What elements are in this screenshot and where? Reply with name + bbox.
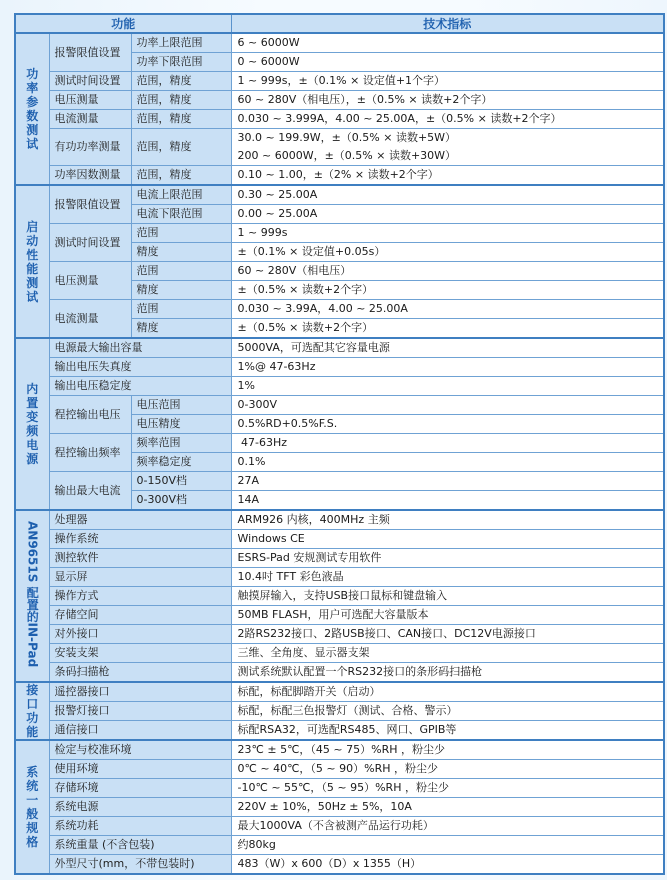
row-sublabel: 0-150V档 bbox=[131, 472, 231, 491]
row-value: 5000VA，可选配其它容量电源 bbox=[231, 338, 664, 358]
table-row: 系统重量 (不含包装) 约80kg bbox=[15, 836, 664, 855]
row-value: 60 ~ 280V（相电压） bbox=[231, 262, 664, 281]
row-sublabel: 电压精度 bbox=[131, 415, 231, 434]
row-value: 200 ~ 6000W，±（0.5% × 读数+30W） bbox=[231, 147, 664, 166]
row-sublabel: 精度 bbox=[131, 281, 231, 300]
row-label: 条码扫描枪 bbox=[49, 663, 231, 683]
row-label: 系统功耗 bbox=[49, 817, 231, 836]
row-value: 0.30 ~ 25.00A bbox=[231, 185, 664, 205]
row-label: 程控输出频率 bbox=[49, 434, 131, 472]
header-spec: 技术指标 bbox=[231, 14, 664, 33]
row-value: 483（W）x 600（D）x 1355（H） bbox=[231, 855, 664, 875]
row-sublabel: 频率稳定度 bbox=[131, 453, 231, 472]
row-label: 输出电压失真度 bbox=[49, 358, 231, 377]
row-sublabel: 精度 bbox=[131, 243, 231, 262]
row-value: 0.10 ~ 1.00，±（2% × 读数+2个字） bbox=[231, 166, 664, 186]
table-row: 通信接口 标配RSA32，可选配RS485、网口、GPIB等 bbox=[15, 721, 664, 741]
table-row: 外型尺寸(mm，不带包装时) 483（W）x 600（D）x 1355（H） bbox=[15, 855, 664, 875]
row-label: 电压测量 bbox=[49, 262, 131, 300]
row-label: 检定与校准环境 bbox=[49, 740, 231, 760]
table-row: 使用环境 0℃ ~ 40℃，（5 ~ 90）%RH ，粉尘少 bbox=[15, 760, 664, 779]
row-value: 0.1% bbox=[231, 453, 664, 472]
row-value: -10℃ ~ 55℃，（5 ~ 95）%RH ，粉尘少 bbox=[231, 779, 664, 798]
row-value: 27A bbox=[231, 472, 664, 491]
row-value: 1 ~ 999s bbox=[231, 224, 664, 243]
table-row: 测控软件 ESRS-Pad 安规测试专用软件 bbox=[15, 549, 664, 568]
header-function: 功能 bbox=[15, 14, 231, 33]
table-row: 测试时间设置 范围 1 ~ 999s bbox=[15, 224, 664, 243]
row-value: 0 ~ 6000W bbox=[231, 53, 664, 72]
row-sublabel: 0-300V档 bbox=[131, 491, 231, 511]
row-label: 外型尺寸(mm，不带包装时) bbox=[49, 855, 231, 875]
row-label: 处理器 bbox=[49, 510, 231, 530]
spec-table: 功能 技术指标 功率参数测试 报警限值设置 功率上限范围 6 ~ 6000W 功… bbox=[14, 13, 665, 875]
row-value: 三维、全角度、显示器支架 bbox=[231, 644, 664, 663]
table-row: 接口功能 遥控器接口 标配，标配脚踏开关（启动） bbox=[15, 682, 664, 702]
row-label: 操作方式 bbox=[49, 587, 231, 606]
row-sublabel: 范围 bbox=[131, 300, 231, 319]
row-value: ±（0.1% × 设定值+0.05s） bbox=[231, 243, 664, 262]
table-row: 程控输出频率 频率范围 47-63Hz bbox=[15, 434, 664, 453]
table-row: 系统电源 220V ± 10%，50Hz ± 5%，10A bbox=[15, 798, 664, 817]
table-row: 操作方式 触摸屏输入，支持USB接口鼠标和键盘输入 bbox=[15, 587, 664, 606]
table-row: 程控输出电压 电压范围 0-300V bbox=[15, 396, 664, 415]
row-label: 系统电源 bbox=[49, 798, 231, 817]
row-value: ESRS-Pad 安规测试专用软件 bbox=[231, 549, 664, 568]
row-label: 电压测量 bbox=[49, 91, 131, 110]
row-value: 1 ~ 999s，±（0.1% × 设定值+1个字） bbox=[231, 72, 664, 91]
table-row: 输出电压稳定度 1% bbox=[15, 377, 664, 396]
row-label: 显示屏 bbox=[49, 568, 231, 587]
table-row: 电流测量 范围，精度 0.030 ~ 3.999A，4.00 ~ 25.00A，… bbox=[15, 110, 664, 129]
row-value: 触摸屏输入，支持USB接口鼠标和键盘输入 bbox=[231, 587, 664, 606]
row-sublabel: 频率范围 bbox=[131, 434, 231, 453]
row-value: 50MB FLASH，用户可选配大容量版本 bbox=[231, 606, 664, 625]
row-label: 报警限值设置 bbox=[49, 185, 131, 224]
row-value: 约80kg bbox=[231, 836, 664, 855]
row-label: 输出电压稳定度 bbox=[49, 377, 231, 396]
row-value: 最大1000VA（不含被测产品运行功耗） bbox=[231, 817, 664, 836]
row-value: ±（0.5% × 读数+2个字） bbox=[231, 319, 664, 339]
row-label: 存储环境 bbox=[49, 779, 231, 798]
row-value: 0.030 ~ 3.99A，4.00 ~ 25.00A bbox=[231, 300, 664, 319]
table-row: 报警灯接口 标配，标配三色报警灯（测试、合格、警示） bbox=[15, 702, 664, 721]
row-sublabel: 电流上限范围 bbox=[131, 185, 231, 205]
table-row: 电流测量 范围 0.030 ~ 3.99A，4.00 ~ 25.00A bbox=[15, 300, 664, 319]
section-title-interfaces: 接口功能 bbox=[15, 682, 49, 740]
table-header: 功能 技术指标 bbox=[15, 14, 664, 33]
row-label: 有功功率测量 bbox=[49, 129, 131, 166]
row-value: 0.5%RD+0.5%F.S. bbox=[231, 415, 664, 434]
row-value: 220V ± 10%，50Hz ± 5%，10A bbox=[231, 798, 664, 817]
row-value: ARM926 内核，400MHz 主频 bbox=[231, 510, 664, 530]
row-sublabel: 范围，精度 bbox=[131, 72, 231, 91]
row-value: 0.00 ~ 25.00A bbox=[231, 205, 664, 224]
row-sublabel: 功率下限范围 bbox=[131, 53, 231, 72]
row-label: 电流测量 bbox=[49, 300, 131, 339]
row-label: 操作系统 bbox=[49, 530, 231, 549]
table-row: 输出最大电流 0-150V档 27A bbox=[15, 472, 664, 491]
section-title-vf-power: 内置变频电源 bbox=[15, 338, 49, 510]
row-label: 遥控器接口 bbox=[49, 682, 231, 702]
row-sublabel: 范围，精度 bbox=[131, 166, 231, 186]
row-value: 10.4吋 TFT 彩色液晶 bbox=[231, 568, 664, 587]
row-value: 23℃ ± 5℃，（45 ~ 75）%RH ，粉尘少 bbox=[231, 740, 664, 760]
row-label: 报警限值设置 bbox=[49, 33, 131, 72]
row-label: 通信接口 bbox=[49, 721, 231, 741]
table-row: 显示屏 10.4吋 TFT 彩色液晶 bbox=[15, 568, 664, 587]
row-sublabel: 范围，精度 bbox=[131, 91, 231, 110]
section-title-startup-test: 启动性能测试 bbox=[15, 185, 49, 338]
section-title-in-pad: AN9651S 配置的IN-Pad bbox=[15, 510, 49, 682]
table-row: 系统功耗 最大1000VA（不含被测产品运行功耗） bbox=[15, 817, 664, 836]
row-value: 2路RS232接口、2路USB接口、CAN接口、DC12V电源接口 bbox=[231, 625, 664, 644]
row-label: 使用环境 bbox=[49, 760, 231, 779]
table-row: 有功功率测量 范围，精度 30.0 ~ 199.9W，±（0.5% × 读数+5… bbox=[15, 129, 664, 148]
row-value: 0℃ ~ 40℃，（5 ~ 90）%RH ，粉尘少 bbox=[231, 760, 664, 779]
table-row: 电压测量 范围，精度 60 ~ 280V（相电压），±（0.5% × 读数+2个… bbox=[15, 91, 664, 110]
section-title-power-params: 功率参数测试 bbox=[15, 33, 49, 185]
table-row: 存储空间 50MB FLASH，用户可选配大容量版本 bbox=[15, 606, 664, 625]
table-row: 输出电压失真度 1%@ 47-63Hz bbox=[15, 358, 664, 377]
row-label: 测控软件 bbox=[49, 549, 231, 568]
row-label: 对外接口 bbox=[49, 625, 231, 644]
row-label: 电源最大输出容量 bbox=[49, 338, 231, 358]
row-sublabel: 范围，精度 bbox=[131, 110, 231, 129]
row-sublabel: 范围 bbox=[131, 224, 231, 243]
table-row: AN9651S 配置的IN-Pad 处理器 ARM926 内核，400MHz 主… bbox=[15, 510, 664, 530]
row-sublabel: 电流下限范围 bbox=[131, 205, 231, 224]
table-row: 内置变频电源 电源最大输出容量 5000VA，可选配其它容量电源 bbox=[15, 338, 664, 358]
table-row: 系统一般规格 检定与校准环境 23℃ ± 5℃，（45 ~ 75）%RH ，粉尘… bbox=[15, 740, 664, 760]
table-row: 操作系统 Windows CE bbox=[15, 530, 664, 549]
row-value: 30.0 ~ 199.9W，±（0.5% × 读数+5W） bbox=[231, 129, 664, 148]
row-value: ±（0.5% × 读数+2个字） bbox=[231, 281, 664, 300]
table-row: 条码扫描枪 测试系统默认配置一个RS232接口的条形码扫描枪 bbox=[15, 663, 664, 683]
table-row: 功率因数测量 范围，精度 0.10 ~ 1.00，±（2% × 读数+2个字） bbox=[15, 166, 664, 186]
row-sublabel: 功率上限范围 bbox=[131, 33, 231, 53]
table-row: 安装支架 三维、全角度、显示器支架 bbox=[15, 644, 664, 663]
row-label: 输出最大电流 bbox=[49, 472, 131, 511]
row-sublabel: 精度 bbox=[131, 319, 231, 339]
row-label: 功率因数测量 bbox=[49, 166, 131, 186]
row-value: 0-300V bbox=[231, 396, 664, 415]
row-sublabel: 范围 bbox=[131, 262, 231, 281]
table-row: 测试时间设置 范围，精度 1 ~ 999s，±（0.1% × 设定值+1个字） bbox=[15, 72, 664, 91]
row-value: Windows CE bbox=[231, 530, 664, 549]
row-value: 1% bbox=[231, 377, 664, 396]
row-label: 程控输出电压 bbox=[49, 396, 131, 434]
table-row: 功率参数测试 报警限值设置 功率上限范围 6 ~ 6000W bbox=[15, 33, 664, 53]
row-label: 电流测量 bbox=[49, 110, 131, 129]
table-row: 启动性能测试 报警限值设置 电流上限范围 0.30 ~ 25.00A bbox=[15, 185, 664, 205]
row-label: 报警灯接口 bbox=[49, 702, 231, 721]
section-title-general-specs: 系统一般规格 bbox=[15, 740, 49, 874]
table-row: 电压测量 范围 60 ~ 280V（相电压） bbox=[15, 262, 664, 281]
row-value: 标配，标配脚踏开关（启动） bbox=[231, 682, 664, 702]
row-sublabel: 范围，精度 bbox=[131, 129, 231, 166]
row-value: 60 ~ 280V（相电压），±（0.5% × 读数+2个字） bbox=[231, 91, 664, 110]
table-row: 对外接口 2路RS232接口、2路USB接口、CAN接口、DC12V电源接口 bbox=[15, 625, 664, 644]
row-sublabel: 电压范围 bbox=[131, 396, 231, 415]
row-label: 存储空间 bbox=[49, 606, 231, 625]
table-row: 存储环境 -10℃ ~ 55℃，（5 ~ 95）%RH ，粉尘少 bbox=[15, 779, 664, 798]
row-value: 0.030 ~ 3.999A，4.00 ~ 25.00A，±（0.5% × 读数… bbox=[231, 110, 664, 129]
row-value: 标配，标配三色报警灯（测试、合格、警示） bbox=[231, 702, 664, 721]
row-value: 标配RSA32，可选配RS485、网口、GPIB等 bbox=[231, 721, 664, 741]
row-value: 47-63Hz bbox=[231, 434, 664, 453]
row-value: 测试系统默认配置一个RS232接口的条形码扫描枪 bbox=[231, 663, 664, 683]
row-label: 测试时间设置 bbox=[49, 224, 131, 262]
row-value: 1%@ 47-63Hz bbox=[231, 358, 664, 377]
row-label: 系统重量 (不含包装) bbox=[49, 836, 231, 855]
row-label: 安装支架 bbox=[49, 644, 231, 663]
row-value: 6 ~ 6000W bbox=[231, 33, 664, 53]
row-value: 14A bbox=[231, 491, 664, 511]
row-label: 测试时间设置 bbox=[49, 72, 131, 91]
